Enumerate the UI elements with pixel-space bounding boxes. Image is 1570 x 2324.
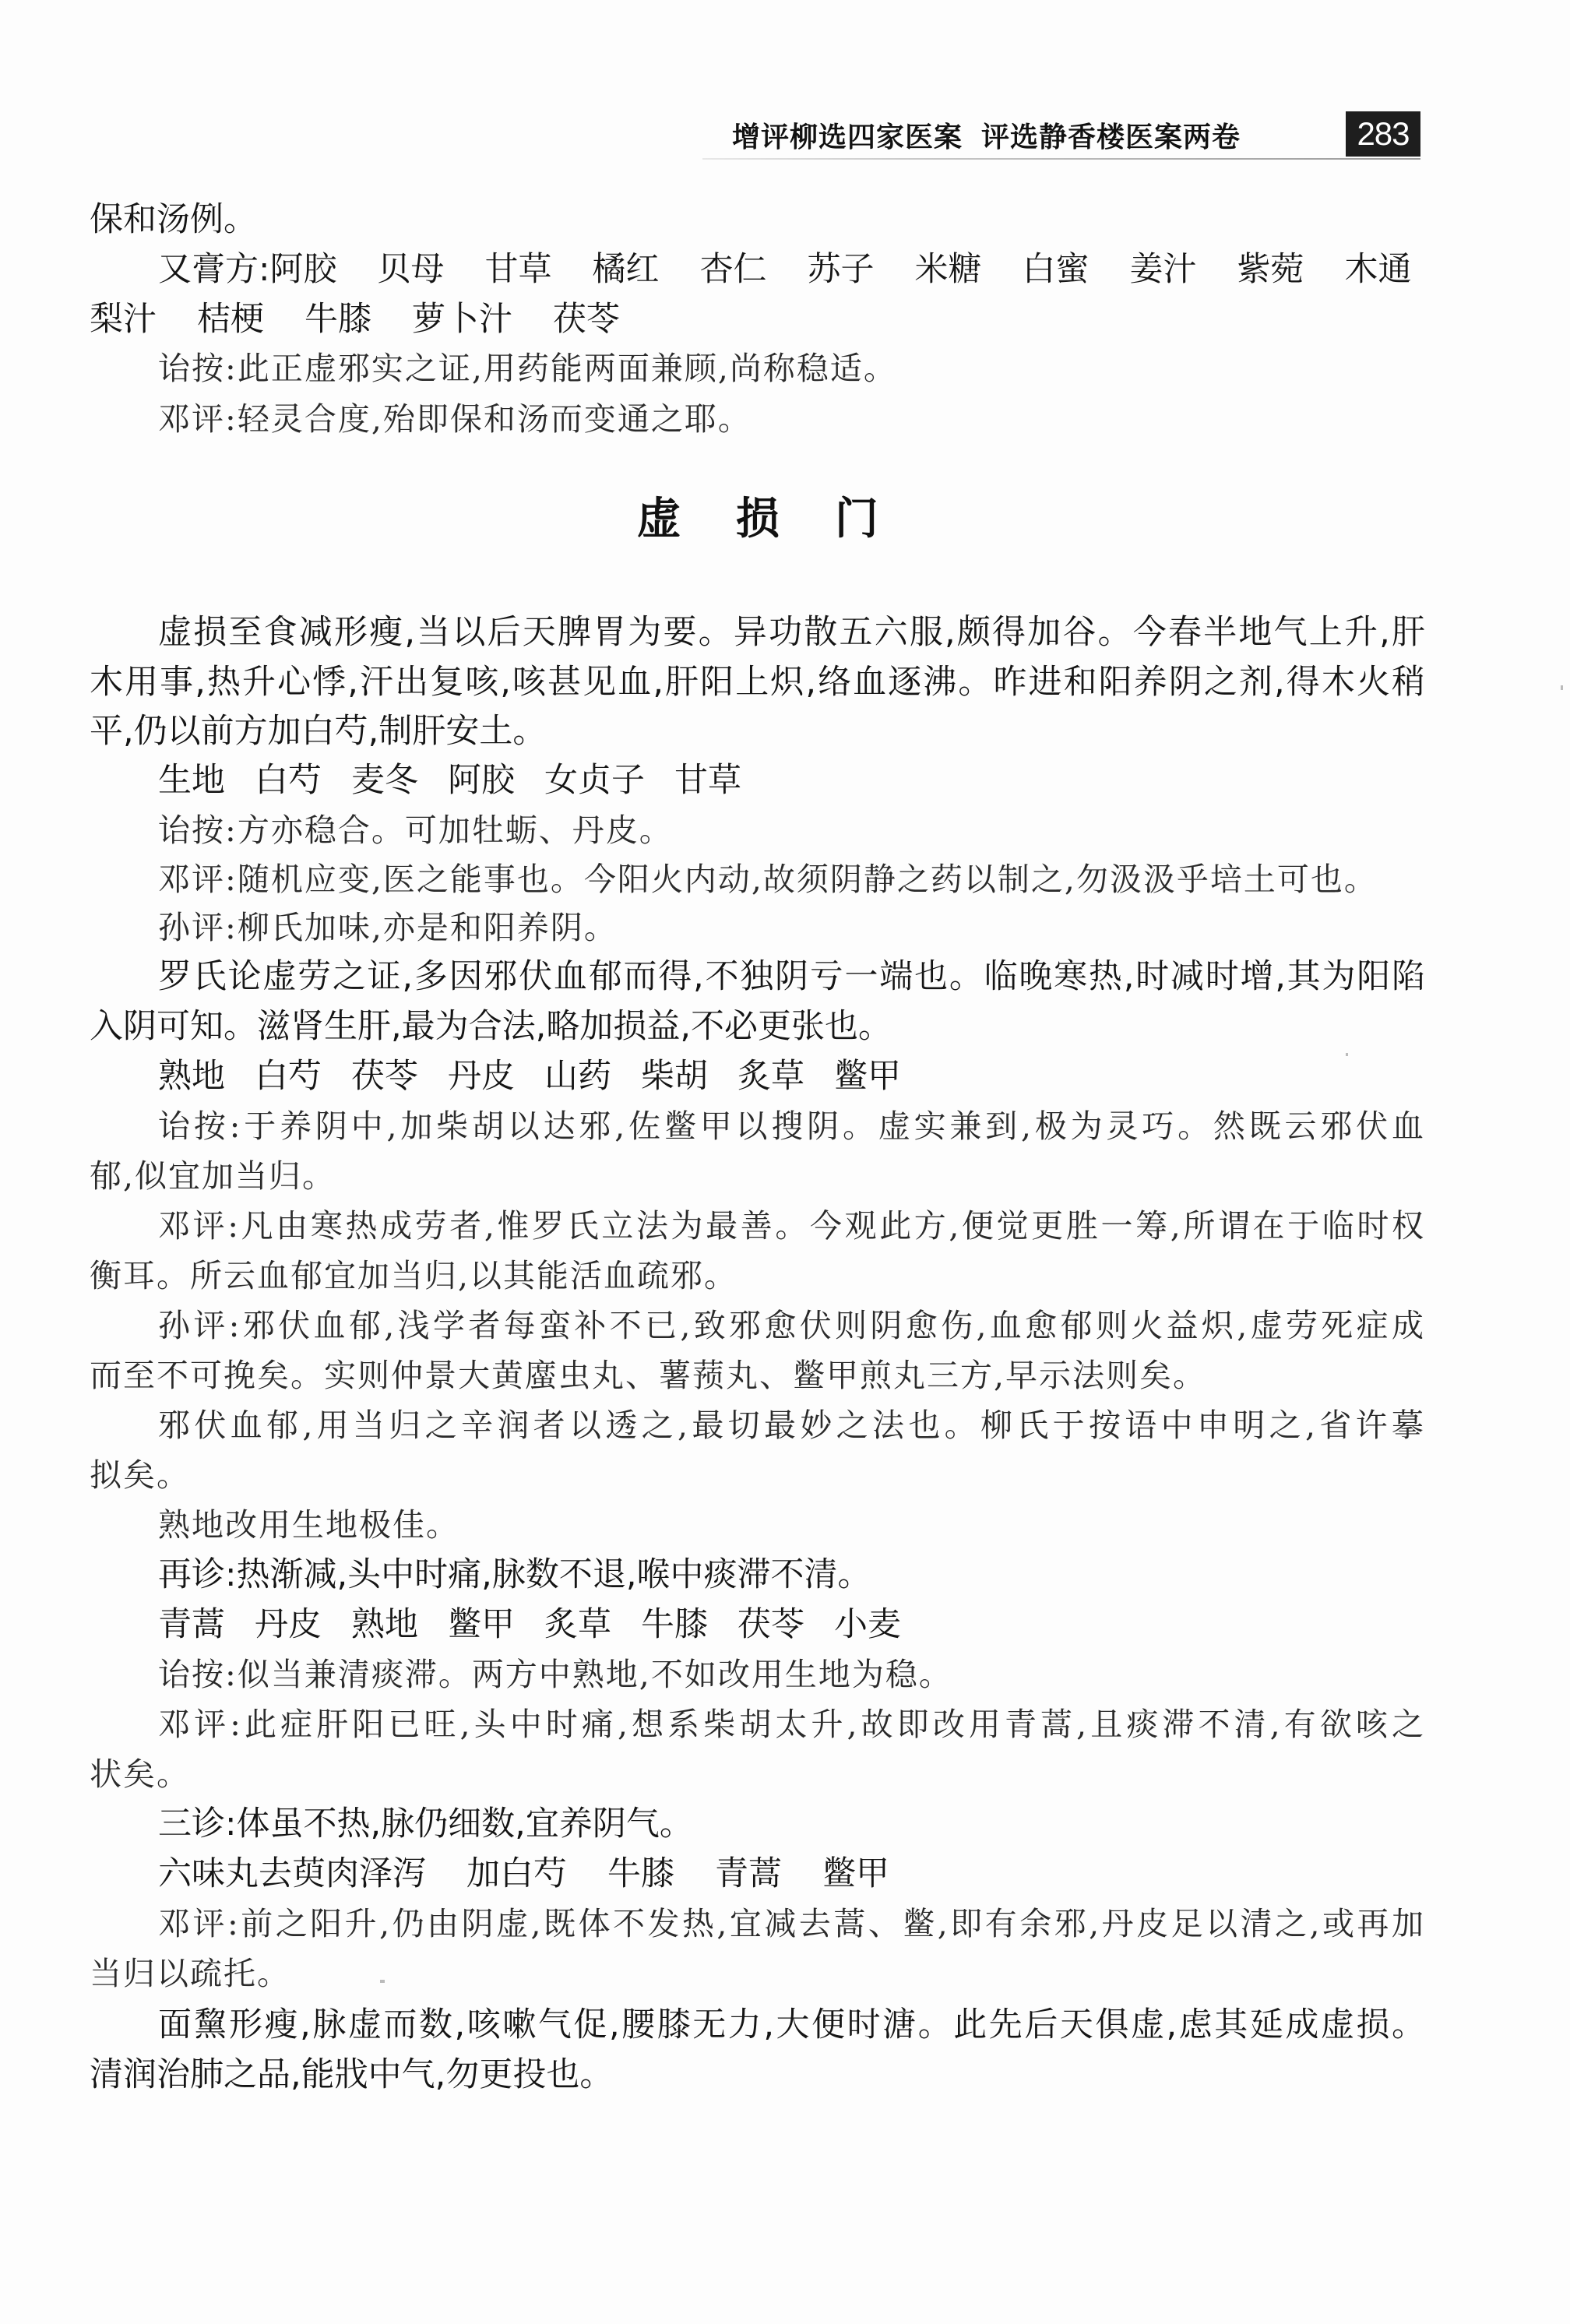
commentary-deng-ping: 邓评:轻灵合度,殆即保和汤而变通之耶。	[158, 399, 752, 439]
case-text-line: 木用事,热升心悸,汗出复咳,咳甚见血,肝阳上炽,络血逐沸。昨进和阳养阴之剂,得木…	[90, 662, 1425, 702]
herb-item: 姜汁	[1130, 249, 1197, 290]
herb-item: 甘草	[674, 760, 741, 801]
case-text-line: 虚损至食减形瘦,当以后天脾胃为要。异功散五六服,颇得加谷。今春半地气上升,肝	[158, 612, 1425, 653]
prescription-line: 又膏方:阿胶贝母甘草橘红杏仁苏子米糖白蜜姜汁紫菀木通	[158, 249, 1452, 290]
case-text-line: 罗氏论虚劳之证,多因邪伏血郁而得,不独阴亏一端也。临晚寒热,时减时增,其为阳陷	[158, 956, 1425, 997]
herb-item: 鳖甲	[834, 1056, 901, 1097]
herb-item: 萝卜汁	[412, 299, 512, 340]
followup-visit-line: 再诊:热渐减,头中时痛,脉数不退,喉中痰滞不清。	[158, 1555, 871, 1595]
scan-speck	[1561, 685, 1563, 690]
commentary-sun-ping: 而至不可挽矣。实则仲景大黄䗪虫丸、薯蓣丸、鳖甲煎丸三方,早示法则矣。	[90, 1355, 1206, 1396]
herb-item: 丹皮	[448, 1056, 515, 1097]
text-line: 保和汤例。	[90, 199, 257, 240]
commentary-yi-an: 诒按:此正虚邪实之证,用药能两面兼顾,尚称稳适。	[158, 348, 897, 389]
volume-title: 评选静香楼医案两卷	[981, 121, 1241, 153]
herb-item: 橘红	[593, 249, 660, 290]
section-title: 虚 损 门	[637, 492, 878, 547]
prescription-line: 熟地白芍茯苓丹皮山药柴胡炙草鳖甲	[158, 1056, 901, 1097]
herb-item: 阿胶	[448, 760, 515, 801]
prescription-line: 梨汁桔梗牛膝萝卜汁茯苓	[90, 299, 660, 340]
herb-item: 白芍	[255, 760, 322, 801]
herb-item: 紫菀	[1237, 249, 1304, 290]
herb-item: 丹皮	[255, 1604, 322, 1645]
herb-item: 炙草	[544, 1604, 611, 1645]
herb-item: 甘草	[485, 249, 552, 290]
commentary-yi-an: 诒按:方亦稳合。可加牡蛎、丹皮。	[158, 810, 673, 850]
herb-item: 山药	[544, 1056, 611, 1097]
herb-item: 熟地	[351, 1604, 418, 1645]
running-header: 增评柳选四家医案评选静香楼医案两卷	[732, 115, 1339, 154]
herb-item: 女贞子	[544, 760, 645, 801]
herb-item: 贝母	[378, 249, 445, 290]
commentary-deng-ping: 邓评:凡由寒热成劳者,惟罗氏立法为最善。今观此方,便觉更胜一筹,所谓在于临时权	[158, 1206, 1425, 1246]
followup-visit-line: 三诊:体虽不热,脉仍细数,宜养阴气。	[158, 1804, 693, 1844]
herb-item: 六味丸去萸肉泽泻	[158, 1854, 426, 1894]
commentary-text: 邪伏血郁,用当归之辛润者以透之,最切最妙之法也。柳氏于按语中申明之,省许摹	[158, 1405, 1425, 1445]
commentary-yi-an: 郁,似宜加当归。	[90, 1156, 336, 1196]
herb-item: 鳖甲	[448, 1604, 515, 1645]
commentary-yi-an: 诒按:于养阴中,加柴胡以达邪,佐鳖甲以搜阴。虚实兼到,极为灵巧。然既云邪伏血	[158, 1106, 1425, 1146]
page-number-badge: 283	[1346, 111, 1420, 157]
commentary-yi-an: 诒按:似当兼清痰滞。两方中熟地,不如改用生地为稳。	[158, 1654, 952, 1695]
herb-item: 炙草	[737, 1056, 804, 1097]
herb-item: 小麦	[834, 1604, 901, 1645]
scan-speck	[380, 1980, 385, 1983]
herb-item: 米糖	[915, 249, 982, 290]
commentary-sun-ping: 孙评:柳氏加味,亦是和阳养阴。	[158, 907, 618, 948]
herb-item: 柴胡	[641, 1056, 708, 1097]
prescription-line: 六味丸去萸肉泽泻加白芍牛膝青蒿鳖甲	[158, 1854, 930, 1894]
commentary-deng-ping: 当归以疏托。	[90, 1953, 290, 1994]
prescription-line: 青蒿丹皮熟地鳖甲炙草牛膝茯苓小麦	[158, 1604, 901, 1645]
case-text-line: 平,仍以前方加白芍,制肝安土。	[90, 711, 546, 752]
prescription-prefix: 又膏方:	[158, 250, 270, 289]
herb-item: 熟地	[158, 1056, 225, 1097]
herb-item: 梨汁	[90, 299, 157, 340]
commentary-sun-ping: 孙评:邪伏血郁,浅学者每蛮补不已,致邪愈伏则阴愈伤,血愈郁则火益炽,虚劳死症成	[158, 1305, 1425, 1346]
herb-item: 茯苓	[351, 1056, 418, 1097]
herb-item: 牛膝	[607, 1854, 674, 1894]
book-title: 增评柳选四家医案	[732, 121, 963, 153]
commentary-text: 熟地改用生地极佳。	[158, 1505, 459, 1545]
commentary-text: 拟矣。	[90, 1455, 190, 1495]
herb-item: 茯苓	[553, 299, 620, 340]
case-text-line: 入阴可知。滋肾生肝,最为合法,略加损益,不必更张也。	[90, 1006, 892, 1047]
commentary-deng-ping: 邓评:前之阳升,仍由阴虚,既体不发热,宜减去蒿、鳖,即有余邪,丹皮足以清之,或再…	[158, 1903, 1425, 1944]
commentary-deng-ping: 衡耳。所云血郁宜加当归,以其能活血疏邪。	[90, 1255, 737, 1296]
case-text-line: 清润治肺之品,能戕中气,勿更投也。	[90, 2055, 613, 2095]
scan-speck	[1346, 1053, 1348, 1056]
herb-item: 杏仁	[700, 249, 767, 290]
header-divider	[702, 158, 1420, 160]
herb-item: 桔梗	[197, 299, 264, 340]
herb-item: 木通	[1345, 249, 1412, 290]
herb-item: 苏子	[808, 249, 875, 290]
herb-item: 加白芍	[466, 1854, 567, 1894]
prescription-line: 生地白芍麦冬阿胶女贞子甘草	[158, 760, 741, 801]
case-text-line: 面黧形瘦,脉虚而数,咳嗽气促,腰膝无力,大便时溏。此先后天俱虚,虑其延成虚损。	[158, 2005, 1425, 2045]
commentary-deng-ping: 邓评:随机应变,医之能事也。今阳火内动,故须阴静之药以制之,勿汲汲乎培土可也。	[158, 859, 1378, 900]
section-title-char: 损	[736, 492, 780, 547]
herb-item: 青蒿	[158, 1604, 225, 1645]
commentary-deng-ping: 邓评:此症肝阳已旺,头中时痛,想系柴胡太升,故即改用青蒿,且痰滞不清,有欲咳之	[158, 1704, 1425, 1745]
herb-item: 茯苓	[737, 1604, 804, 1645]
herb-item: 麦冬	[351, 760, 418, 801]
herb-item: 白蜜	[1023, 249, 1089, 290]
herb-item: 牛膝	[304, 299, 371, 340]
herb-item: 青蒿	[715, 1854, 782, 1894]
book-page: 增评柳选四家医案评选静香楼医案两卷 283 保和汤例。 又膏方:阿胶贝母甘草橘红…	[0, 0, 1570, 2324]
herb-item: 生地	[158, 760, 225, 801]
commentary-deng-ping: 状矣。	[90, 1754, 190, 1794]
herb-item: 阿胶	[270, 249, 337, 290]
section-title-char: 门	[835, 492, 878, 547]
section-title-char: 虚	[637, 492, 681, 547]
herb-item: 白芍	[255, 1056, 322, 1097]
herb-item: 牛膝	[641, 1604, 708, 1645]
herb-item: 鳖甲	[822, 1854, 889, 1894]
